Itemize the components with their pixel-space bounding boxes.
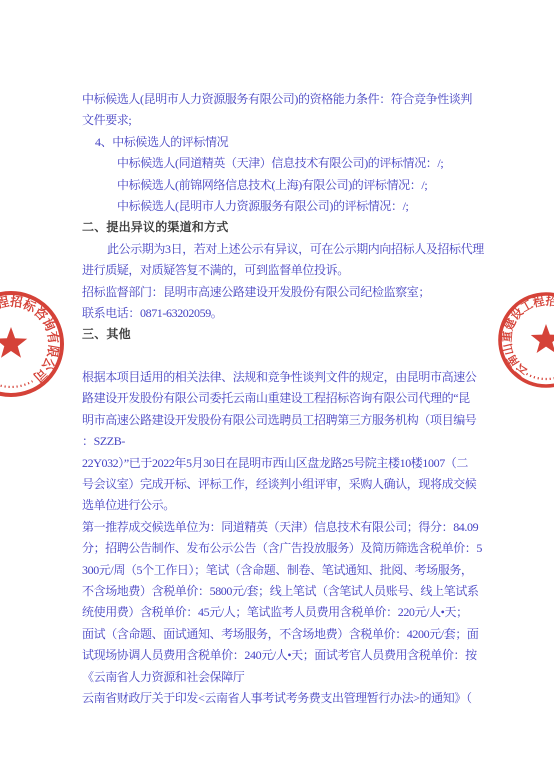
text-line: 22Y032）”已于2022年5月30日在昆明市西山区盘龙路25号院主楼10楼1… bbox=[82, 453, 474, 474]
seal-star-icon bbox=[531, 324, 554, 353]
text-line: 选单位进行公示。 bbox=[82, 495, 474, 516]
text-line: 根据本项目适用的相关法律、法规和竞争性谈判文件的规定，由昆明市高速公 bbox=[82, 367, 474, 388]
text-line: ：SZZB- bbox=[82, 431, 474, 452]
text-line: 试现场协调人员费用含税单价：240元/人•天；面试考官人员费用含税单价：按 bbox=[82, 645, 474, 666]
text-line: 明市高速公路建设开发股份有限公司选聘员工招聘第三方服务机构（项目编号 bbox=[82, 410, 474, 431]
text-line: 分；招聘公告制作、发布公示公告（含广告投放服务）及简历筛选含税单价：5 bbox=[82, 538, 474, 559]
document-body: 中标候选人(昆明市人力资源服务有限公司)的资格能力条件：符合竞争性谈判文件要求;… bbox=[82, 89, 474, 709]
text-line: 中标候选人(昆明市人力资源服务有限公司)的资格能力条件：符合竞争性谈判 bbox=[82, 89, 474, 110]
text-line: 统使用费）含税单价：45元/人；笔试监考人员费用含税单价：220元/人•天； bbox=[82, 602, 474, 623]
text-line: 300元/周（5个工作日）；笔试（含命题、制卷、笔试通知、批阅、考场服务， bbox=[82, 560, 474, 581]
text-line: 招标监督部门：昆明市高速公路建设开发股份有限公司纪检监察室； bbox=[82, 282, 474, 303]
text-line: 联系电话：0871-63202059。 bbox=[82, 303, 474, 324]
text-line: 此公示期为3日，若对上述公示有异议，可在公示期内向招标人及招标代理 bbox=[82, 239, 474, 260]
seal-serial-dots bbox=[527, 374, 554, 379]
seal-serial-dots bbox=[0, 381, 33, 387]
text-line: 中标候选人(同道精英（天津）信息技术有限公司)的评标情况：/; bbox=[82, 153, 474, 174]
announcement-page: 中标候选人(昆明市人力资源服务有限公司)的资格能力条件：符合竞争性谈判文件要求;… bbox=[0, 0, 554, 783]
text-line: 云南省财政厅关于印发<云南省人事考试考务费支出管理暂行办法>的通知》（ bbox=[82, 688, 474, 709]
text-line: 进行质疑，对质疑答复不满的，可到监督单位投诉。 bbox=[82, 260, 474, 281]
text-line: 中标候选人(昆明市人力资源服务有限公司)的评标情况：/; bbox=[82, 196, 474, 217]
text-line: 路建设开发股份有限公司委托云南山重建设工程招标咨询有限公司代理的“昆 bbox=[82, 388, 474, 409]
text-line: 面试（含命题、面试通知、考场服务，不含场地费）含税单价：4200元/套；面 bbox=[82, 624, 474, 645]
section-heading: 三、其他 bbox=[82, 324, 474, 345]
text-line: 文件要求; bbox=[82, 110, 474, 131]
text-line: 4、中标候选人的评标情况 bbox=[82, 132, 474, 153]
official-seal-stamp-left: 云南山重建设工程招标咨询有限公司 bbox=[0, 274, 81, 414]
seal-star-icon bbox=[0, 327, 27, 358]
text-line: 号会议室）完成开标、评标工作，经谈判小组评审，采购人确认，现将成交候 bbox=[82, 474, 474, 495]
section-heading: 二、提出异议的渠道和方式 bbox=[82, 217, 474, 238]
text-line: 《云南省人力资源和社会保障厅 bbox=[82, 667, 474, 688]
official-seal-stamp-right: 云南山重建设工程招标咨询有限公司 bbox=[486, 280, 554, 400]
text-line: 不含场地费）含税单价：5800元/套；线上笔试（含笔试人员账号、线上笔试系 bbox=[82, 581, 474, 602]
text-line: 中标候选人(前锦网络信息技术(上海)有限公司)的评标情况：/; bbox=[82, 175, 474, 196]
text-line: 第一推荐成交候选单位为：同道精英（天津）信息技术有限公司；得分：84.09 bbox=[82, 517, 474, 538]
text-line bbox=[82, 346, 474, 367]
